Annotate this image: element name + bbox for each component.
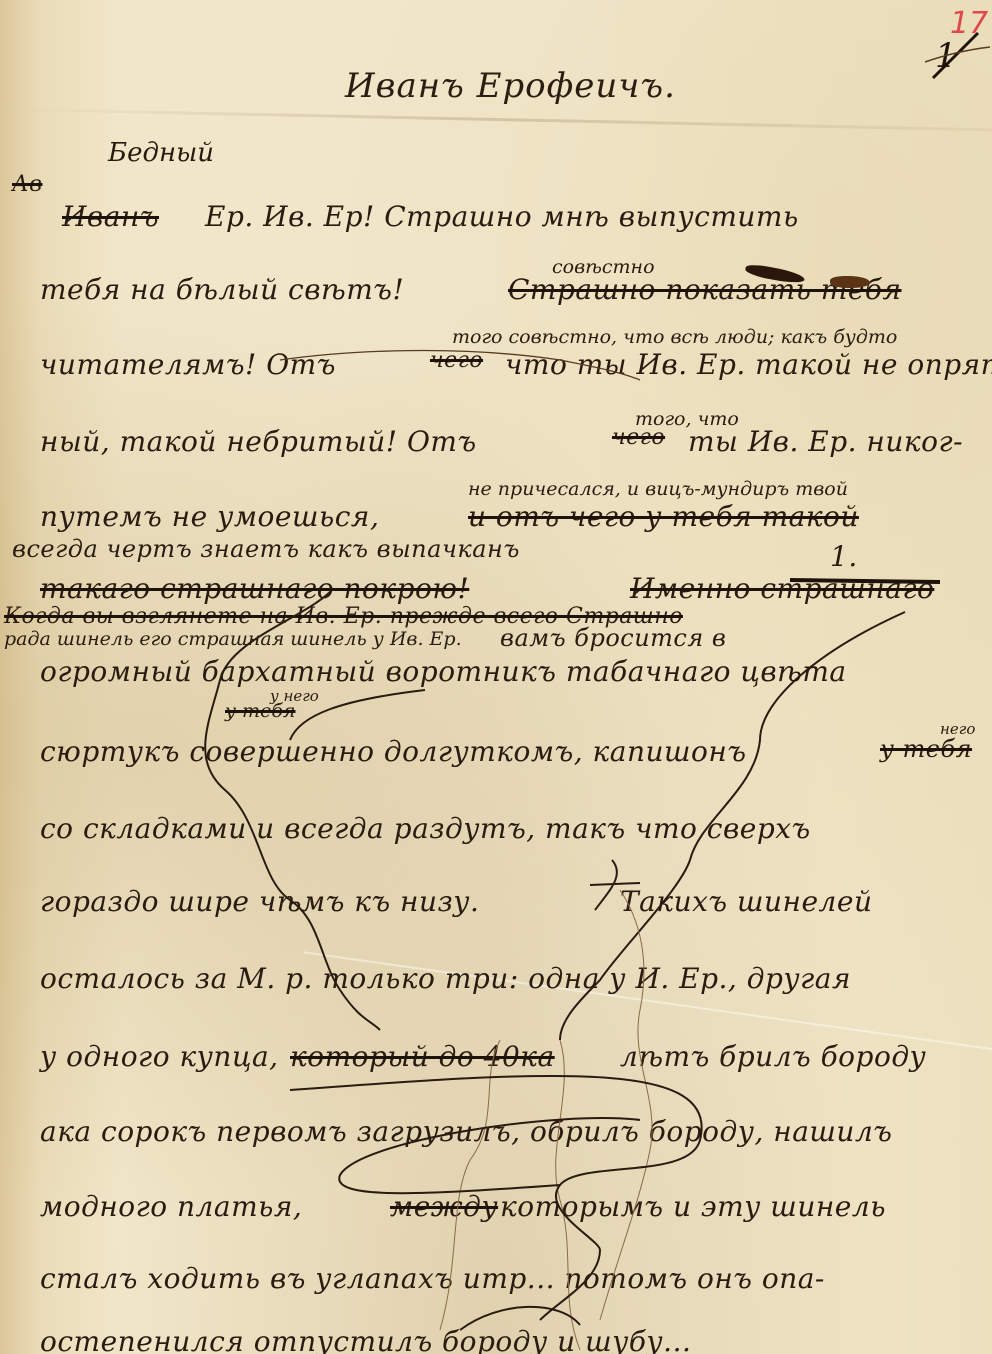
text-line-15-end: лѣтъ брилъ бороду xyxy=(620,1040,926,1073)
manuscript-page: 17 1 Иванъ Ерофеичъ. Бедный Ав Иванъ Ер.… xyxy=(0,0,992,1354)
text-line-18: сталъ ходить въ углапахъ итр... потомъ о… xyxy=(40,1262,825,1295)
struck-takago-strashnago: такаго страшнаго покрою! xyxy=(40,572,469,605)
text-line-19: остепенился отпустилъ бороду и шубу... xyxy=(40,1325,691,1354)
text-line-15: у одного купца, xyxy=(40,1040,279,1073)
text-line-9-end: вамъ бросится в xyxy=(500,624,726,652)
ink-blot xyxy=(830,276,870,288)
text-line-13-end: Такихъ шинелей xyxy=(620,885,872,918)
text-line-11: сюртукъ совершенно долгуткомъ, капишонъ xyxy=(40,735,747,768)
insertion-shinel: рада шинель его страшная шинель у Ив. Ер… xyxy=(4,628,462,650)
struck-margin-word: Ав xyxy=(12,172,42,197)
page-title: Иванъ Ерофеичъ. xyxy=(345,66,676,106)
insertion-bedny: Бедный xyxy=(108,138,214,168)
struck-u-tebya: у тебя xyxy=(880,735,972,763)
text-line-4-end: ты Ив. Ер. никог- xyxy=(688,425,963,458)
text-line-4: ный, такой небритый! Отъ xyxy=(40,425,477,458)
text-line-1: Ер. Ив. Ер! Страшно мнѣ выпустить xyxy=(205,200,799,233)
text-line-17: модного платья, xyxy=(40,1190,302,1223)
text-line-12: со складками и всегда раздутъ, такъ что … xyxy=(40,812,811,845)
insertion-ne-prichesalsya: не причесался, и вицъ-мундиръ твой xyxy=(468,478,848,500)
struck-chego: чего xyxy=(430,348,483,373)
struck-kotory-do-40: который до 40ка xyxy=(290,1040,555,1073)
struck-imenno-strashnago: Именно страшнаго xyxy=(630,572,934,605)
text-line-3-end: что ты Ив. Ер. такой не опрят- xyxy=(505,348,992,381)
text-line-10: огромный бархатный воротникъ табачнаго ц… xyxy=(40,655,847,688)
text-line-17-end: которымъ и эту шинель xyxy=(500,1190,886,1223)
text-line-3: читателямъ! Отъ xyxy=(40,348,336,381)
insertion-togo-sovestno: того совѣстно, что всѣ люди; какъ будто xyxy=(452,326,897,348)
text-line-6: всегда чертъ знаетъ какъ выпачканъ xyxy=(12,535,520,563)
struck-i-ot-chego: и отъ чего у тебя такой xyxy=(468,500,859,533)
page-number: 1 xyxy=(935,36,957,76)
text-line-5: путемъ не умоешься, xyxy=(40,500,379,533)
struck-mezhdu: между xyxy=(390,1190,498,1223)
paper-fold-line xyxy=(0,108,992,132)
text-line-2: тебя на бѣлый свѣтъ! xyxy=(40,273,404,306)
struck-chego-2: чего xyxy=(612,425,665,450)
struck-ivan: Иванъ xyxy=(62,200,159,233)
struck-u-tebya-insertion: у тебя xyxy=(225,700,296,722)
marginal-number-1: 1. xyxy=(830,540,858,573)
text-line-14: осталось за М. р. только три: одна у И. … xyxy=(40,962,851,995)
text-line-13: гораздо шире чѣмъ къ низу. xyxy=(40,885,479,918)
text-line-16: ака сорокъ первомъ загрузилъ, обрилъ бор… xyxy=(40,1115,892,1148)
